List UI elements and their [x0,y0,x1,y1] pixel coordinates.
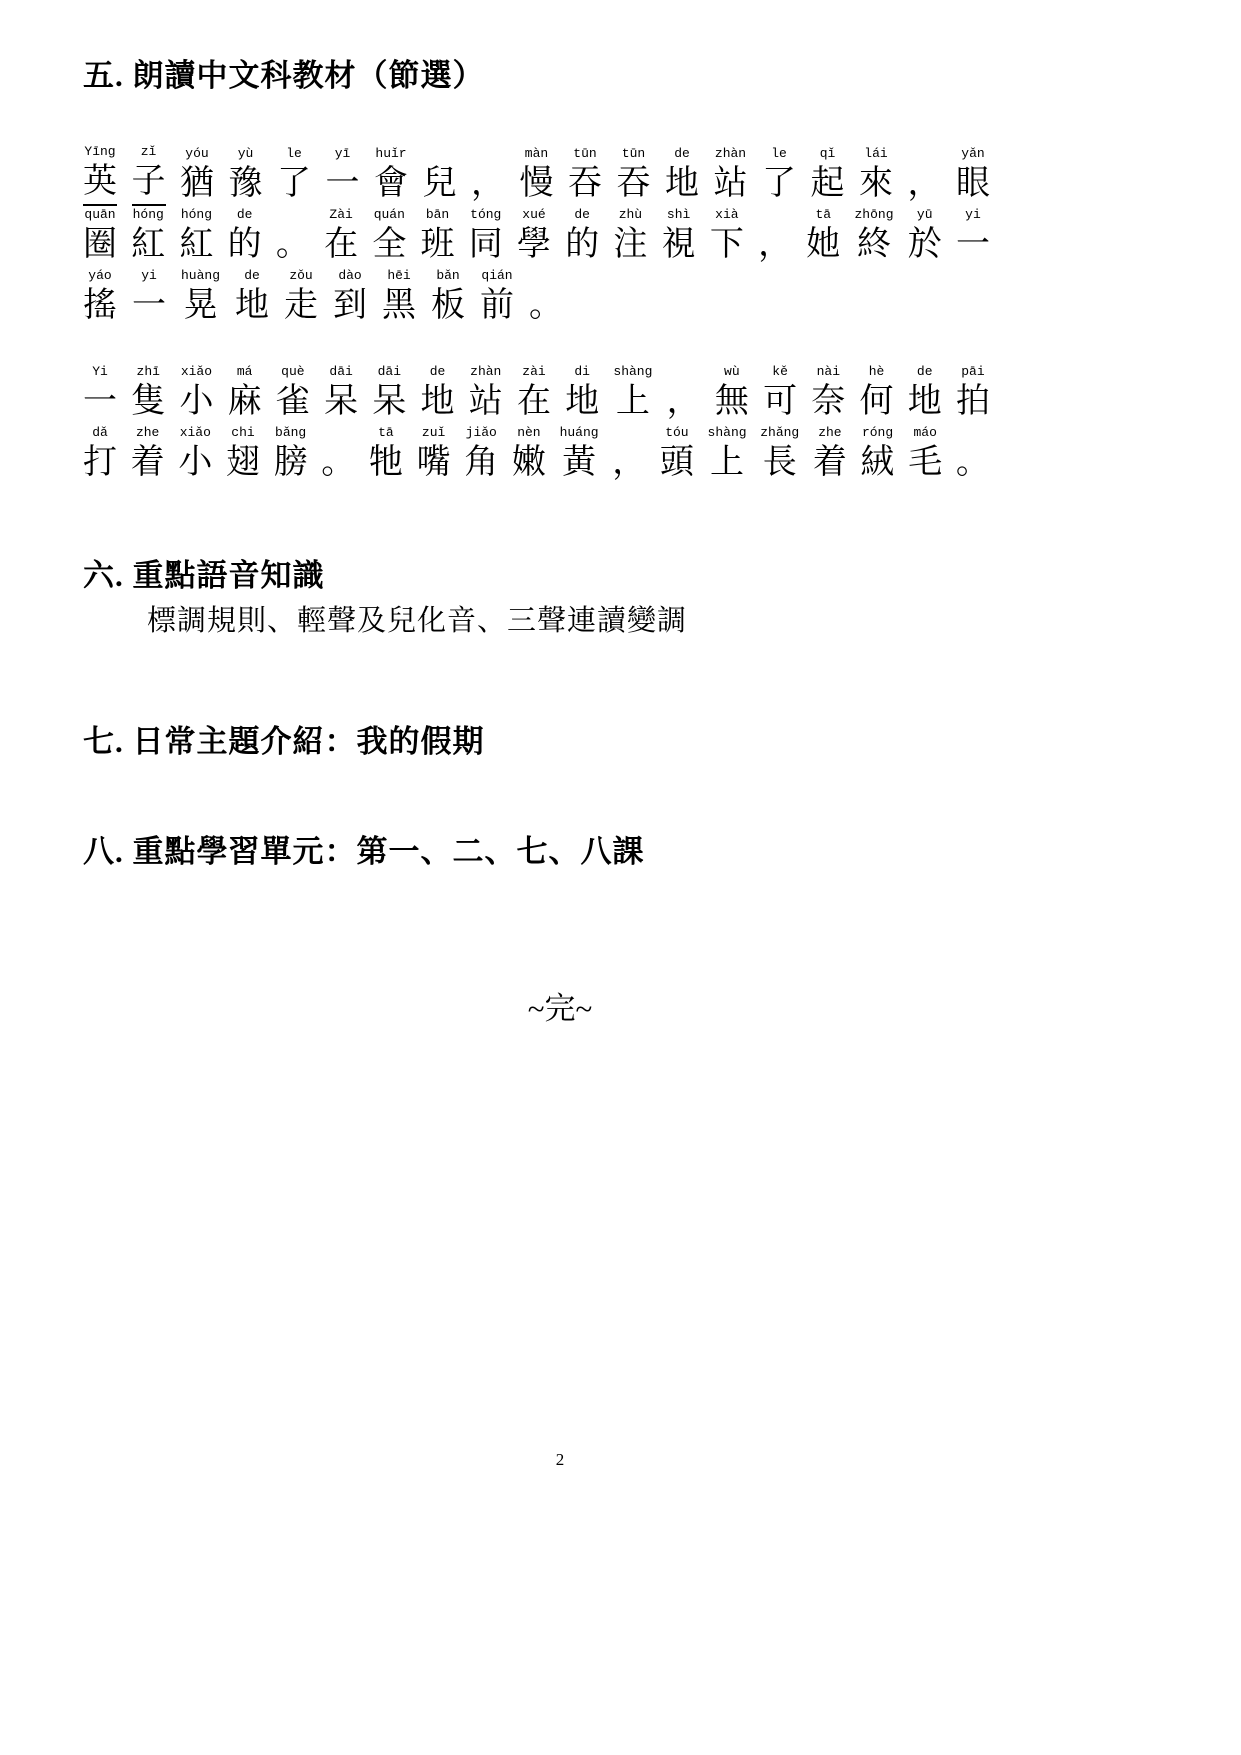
ruby-unit: má麻 [228,363,262,424]
hanzi-char: 雀 [276,380,310,424]
ruby-unit: tā牠 [369,424,403,485]
pinyin-annotation: xià [715,206,738,223]
ruby-unit: de地 [665,145,699,206]
ruby-unit: hóng紅 [179,206,213,267]
ruby-unit: ， [667,363,701,424]
hanzi-char: 牠 [369,441,403,485]
ruby-unit: què雀 [276,363,310,424]
ruby-unit: shì視 [662,206,696,267]
hanzi-char: 絨 [861,441,895,485]
hanzi-char: 終 [857,223,891,267]
ruby-unit: tā她 [806,206,840,267]
ruby-unit: quán全 [372,206,406,267]
pinyin-annotation: róng [862,424,893,441]
ruby-unit: lái來 [859,145,893,206]
ruby-unit: yī一 [326,145,360,206]
section-six-heading: 六. 重點語音知識 [83,550,325,595]
hanzi-char: 膀 [274,441,308,485]
ruby-unit: huǐr會 [374,145,408,206]
ruby-unit: máo毛 [908,424,942,485]
pinyin-annotation: shàng [613,363,652,380]
hanzi-char: 站 [714,162,748,206]
hanzi-char: 她 [806,223,840,267]
hanzi-char: 來 [859,162,893,206]
hanzi-char: ， [471,162,505,206]
pinyin-annotation: Zài [329,206,352,223]
hanzi-char: 小 [179,380,213,424]
hanzi-char: 拍 [956,380,990,424]
ruby-unit: tóu頭 [660,424,694,485]
hanzi-char: 嘴 [417,441,451,485]
pinyin-annotation: hè [869,363,885,380]
pinyin-annotation: de [574,206,590,223]
ruby-unit: bān班 [421,206,455,267]
ruby-unit-proper-noun: Yīng英 [83,143,117,206]
hanzi-char: 下 [710,223,744,267]
hanzi-char: 吞 [568,162,602,206]
hanzi-char: 一 [956,223,990,267]
pinyin-annotation: tā [815,206,831,223]
hanzi-char: 長 [763,441,797,485]
pinyin-annotation: xué [522,206,545,223]
pinyin-annotation: lái [864,145,887,162]
hanzi-char: 兒 [423,162,457,206]
ruby-unit: dǎ打 [83,424,117,485]
pinyin-annotation: yi [141,267,157,284]
ruby-unit: kě可 [763,363,797,424]
pinyin-annotation: hēi [387,267,410,284]
ruby-line: Yīng英zǐ子yóu猶yù豫le了yī一huǐr會兒，màn慢tūn吞tūn吞… [83,143,990,206]
ruby-unit: yi一 [132,267,166,328]
hanzi-char: 打 [83,441,117,485]
pinyin-annotation: huǐr [375,145,406,162]
ruby-unit: qǐ起 [811,145,845,206]
page-number: 2 [0,1450,1120,1470]
pinyin-annotation: huàng [181,267,220,284]
document-page: 五. 朗讀中文科教材（節選） Yīng英zǐ子yóu猶yù豫le了yī一huǐr… [0,0,1241,1755]
reading-passage-1: Yīng英zǐ子yóu猶yù豫le了yī一huǐr會兒，màn慢tūn吞tūn吞… [83,143,990,328]
hanzi-char: 嫩 [512,441,546,485]
pinyin-annotation: hóng [133,206,164,223]
ruby-unit: yi一 [956,206,990,267]
ruby-unit: de的 [228,206,262,267]
ruby-line: dǎ打zhe着xiǎo小chi翅bǎng膀。tā牠zuǐ嘴jiǎo角nèn嫩hu… [83,424,990,485]
pinyin-annotation: zhe [136,424,159,441]
pinyin-annotation: kě [772,363,788,380]
end-of-document-mark: ~完~ [0,983,1120,1028]
pinyin-annotation: yī [335,145,351,162]
ruby-unit: yǎn眼 [956,145,990,206]
hanzi-char: 隻 [131,380,165,424]
hanzi-char: 在 [517,380,551,424]
ruby-line: quān圈hóng紅hóng紅de的。Zài在quán全bān班tóng同xué… [83,206,990,267]
ruby-unit: bǎng膀 [274,424,308,485]
pinyin-annotation: pāi [961,363,984,380]
hanzi-char: 。 [276,223,310,267]
hanzi-char: 的 [565,223,599,267]
pinyin-annotation: yǎn [961,145,984,162]
ruby-unit: ， [471,145,505,206]
ruby-unit: zài在 [517,363,551,424]
hanzi-char: 一 [326,162,360,206]
hanzi-char: 。 [321,441,355,485]
hanzi-char: 地 [421,380,455,424]
ruby-unit: màn慢 [520,145,554,206]
ruby-unit: le了 [277,145,311,206]
pinyin-annotation: yáo [88,267,111,284]
ruby-unit: zǒu走 [284,267,318,328]
pinyin-annotation: de [244,267,260,284]
pinyin-annotation: tūn [573,145,596,162]
ruby-unit: de的 [565,206,599,267]
pinyin-annotation: qián [481,267,512,284]
ruby-unit: Yi一 [83,363,117,424]
hanzi-char: ， [612,441,646,485]
hanzi-char: 紅 [179,223,213,267]
ruby-unit: xià下 [710,206,744,267]
pinyin-annotation: shì [667,206,690,223]
ruby-unit: qián前 [480,267,514,328]
pinyin-annotation: dāi [329,363,352,380]
hanzi-char: 呆 [372,380,406,424]
ruby-line: yáo搖yi一huàng晃de地zǒu走dào到hēi黑bǎn板qián前。 [83,267,990,328]
hanzi-char: 。 [529,284,563,328]
hanzi-char: 地 [908,380,942,424]
hanzi-char: ， [758,223,792,267]
pinyin-annotation: dào [338,267,361,284]
pinyin-annotation: shàng [708,424,747,441]
ruby-unit: de地 [908,363,942,424]
pinyin-annotation: máo [914,424,937,441]
pinyin-annotation: tóu [665,424,688,441]
hanzi-char: 上 [710,441,744,485]
pinyin-annotation: Yīng [84,143,115,160]
ruby-unit: zhōng終 [855,206,894,267]
hanzi-char: 子 [132,160,166,204]
pinyin-annotation: zǒu [289,267,312,284]
ruby-unit: 兒 [423,145,457,206]
ruby-unit: xué學 [517,206,551,267]
ruby-unit: huáng黃 [560,424,599,485]
ruby-unit: chi翅 [226,424,260,485]
ruby-unit: xiǎo小 [179,363,213,424]
hanzi-char: 眼 [956,162,990,206]
pinyin-annotation: tūn [622,145,645,162]
pinyin-annotation: nèn [517,424,540,441]
ruby-unit: wù無 [715,363,749,424]
pinyin-annotation: zài [522,363,545,380]
pinyin-annotation: de [674,145,690,162]
pinyin-annotation: de [237,206,253,223]
hanzi-char: 注 [613,223,647,267]
ruby-unit: hóng紅 [131,206,165,267]
pinyin-annotation: le [286,145,302,162]
hanzi-char: 於 [908,223,942,267]
ruby-unit: dāi呆 [324,363,358,424]
pinyin-annotation: le [771,145,787,162]
ruby-unit: nài奈 [811,363,845,424]
hanzi-char: 到 [333,284,367,328]
ruby-unit: yáo搖 [83,267,117,328]
ruby-unit: de地 [235,267,269,328]
ruby-unit: 。 [956,424,990,485]
hanzi-char: 學 [517,223,551,267]
hanzi-char: 奈 [811,380,845,424]
ruby-unit: 。 [276,206,310,267]
pinyin-annotation: yóu [185,145,208,162]
ruby-unit: shàng上 [613,363,652,424]
pinyin-annotation: bān [426,206,449,223]
pinyin-annotation: màn [525,145,548,162]
hanzi-char: 了 [277,162,311,206]
ruby-unit: zhǎng長 [760,424,799,485]
ruby-unit: ， [612,424,646,485]
hanzi-char: 晃 [184,284,218,328]
hanzi-char: 前 [480,284,514,328]
ruby-unit: tūn吞 [568,145,602,206]
pinyin-annotation: de [430,363,446,380]
pinyin-annotation: zhàn [470,363,501,380]
hanzi-char: 紅 [131,223,165,267]
ruby-unit: hēi黑 [382,267,416,328]
hanzi-char: 可 [763,380,797,424]
pinyin-annotation: má [237,363,253,380]
pinyin-annotation: zhe [818,424,841,441]
hanzi-char: 上 [616,380,650,424]
ruby-unit: xiǎo小 [178,424,212,485]
ruby-unit: zhī隻 [131,363,165,424]
ruby-unit: yù豫 [229,145,263,206]
pinyin-annotation: xiǎo [181,363,212,380]
ruby-unit-proper-noun: zǐ子 [132,143,166,206]
pinyin-annotation: què [281,363,304,380]
ruby-unit: zhe着 [131,424,165,485]
ruby-unit: zuǐ嘴 [417,424,451,485]
hanzi-char: 何 [860,380,894,424]
ruby-line: Yi一zhī隻xiǎo小má麻què雀dāi呆dāi呆de地zhàn站zài在d… [83,363,990,424]
hanzi-char: 視 [662,223,696,267]
ruby-unit: shàng上 [708,424,747,485]
reading-passage-2: Yi一zhī隻xiǎo小má麻què雀dāi呆dāi呆de地zhàn站zài在d… [83,363,990,485]
hanzi-char: 地 [235,284,269,328]
hanzi-char: 着 [813,441,847,485]
section-six-body: 標調規則、輕聲及兒化音、三聲連讀變調 [147,598,687,639]
ruby-unit: yóu猶 [180,145,214,206]
ruby-unit: ， [758,206,792,267]
pinyin-annotation: zhōng [855,206,894,223]
hanzi-char: 同 [469,223,503,267]
hanzi-char: 全 [372,223,406,267]
hanzi-char: 無 [715,380,749,424]
hanzi-char: 起 [811,162,845,206]
ruby-unit: pāi拍 [956,363,990,424]
pinyin-annotation: huáng [560,424,599,441]
ruby-unit: hè何 [860,363,894,424]
section-eight-heading: 八. 重點學習單元：第一、二、七、八課 [83,826,645,871]
ruby-unit: 。 [321,424,355,485]
pinyin-annotation: tóng [470,206,501,223]
pinyin-annotation: jiǎo [466,424,497,441]
ruby-unit: dào到 [333,267,367,328]
pinyin-annotation: yū [917,206,933,223]
hanzi-char: 角 [464,441,498,485]
pinyin-annotation: xiǎo [180,424,211,441]
pinyin-annotation: dǎ [92,424,108,441]
ruby-unit: huàng晃 [181,267,220,328]
hanzi-char: 班 [421,223,455,267]
hanzi-char: 在 [324,223,358,267]
ruby-unit: bǎn板 [431,267,465,328]
hanzi-char: 地 [665,162,699,206]
ruby-unit: nèn嫩 [512,424,546,485]
hanzi-char: 圈 [83,223,117,267]
ruby-unit: zhù注 [613,206,647,267]
pinyin-annotation: nài [817,363,840,380]
ruby-unit: tóng同 [469,206,503,267]
hanzi-char: 黑 [382,284,416,328]
hanzi-char: 麻 [228,380,262,424]
ruby-unit: quān圈 [83,206,117,267]
hanzi-char: 翅 [226,441,260,485]
pinyin-annotation: zhàn [715,145,746,162]
hanzi-char: 走 [284,284,318,328]
ruby-unit: zhàn站 [469,363,503,424]
hanzi-char: 地 [565,380,599,424]
hanzi-char: 站 [469,380,503,424]
hanzi-char: 板 [431,284,465,328]
hanzi-char: 的 [228,223,262,267]
pinyin-annotation: zhī [137,363,160,380]
pinyin-annotation: yi [965,206,981,223]
pinyin-annotation: zhù [619,206,642,223]
hanzi-char: 豫 [229,162,263,206]
hanzi-char: 呆 [324,380,358,424]
pinyin-annotation: chi [231,424,254,441]
pinyin-annotation: quán [374,206,405,223]
ruby-unit: di地 [565,363,599,424]
hanzi-char: 慢 [520,162,554,206]
hanzi-char: 頭 [660,441,694,485]
pinyin-annotation: de [917,363,933,380]
hanzi-char: 吞 [617,162,651,206]
hanzi-char: 會 [374,162,408,206]
ruby-unit: le了 [762,145,796,206]
hanzi-char: 英 [83,160,117,204]
section-five-heading: 五. 朗讀中文科教材（節選） [83,50,485,95]
pinyin-annotation: bǎn [436,267,459,284]
ruby-unit: jiǎo角 [464,424,498,485]
ruby-unit: Zài在 [324,206,358,267]
pinyin-annotation: dāi [378,363,401,380]
pinyin-annotation: di [574,363,590,380]
hanzi-char: 搖 [83,284,117,328]
ruby-unit: de地 [421,363,455,424]
pinyin-annotation: zhǎng [760,424,799,441]
ruby-unit: zhe着 [813,424,847,485]
hanzi-char: 了 [762,162,796,206]
pinyin-annotation: wù [724,363,740,380]
hanzi-char: 着 [131,441,165,485]
hanzi-char: ， [908,162,942,206]
hanzi-char: 黃 [562,441,596,485]
ruby-unit: zhàn站 [714,145,748,206]
pinyin-annotation: qǐ [820,145,836,162]
pinyin-annotation: tā [378,424,394,441]
pinyin-annotation: yù [238,145,254,162]
ruby-unit: dāi呆 [372,363,406,424]
ruby-unit: tūn吞 [617,145,651,206]
hanzi-char: 。 [956,441,990,485]
pinyin-annotation: quān [84,206,115,223]
pinyin-annotation: zǐ [141,143,157,160]
pinyin-annotation: Yi [92,363,108,380]
ruby-unit: 。 [529,267,563,328]
pinyin-annotation: zuǐ [422,424,445,441]
hanzi-char: 毛 [908,441,942,485]
hanzi-char: 猶 [180,162,214,206]
hanzi-char: ， [667,380,701,424]
ruby-unit: yū於 [908,206,942,267]
hanzi-char: 一 [132,284,166,328]
pinyin-annotation: hóng [181,206,212,223]
hanzi-char: 一 [83,380,117,424]
hanzi-char: 小 [178,441,212,485]
ruby-unit: ， [908,145,942,206]
ruby-unit: róng絨 [861,424,895,485]
pinyin-annotation: bǎng [275,424,306,441]
section-seven-heading: 七. 日常主題介紹：我的假期 [83,716,485,761]
